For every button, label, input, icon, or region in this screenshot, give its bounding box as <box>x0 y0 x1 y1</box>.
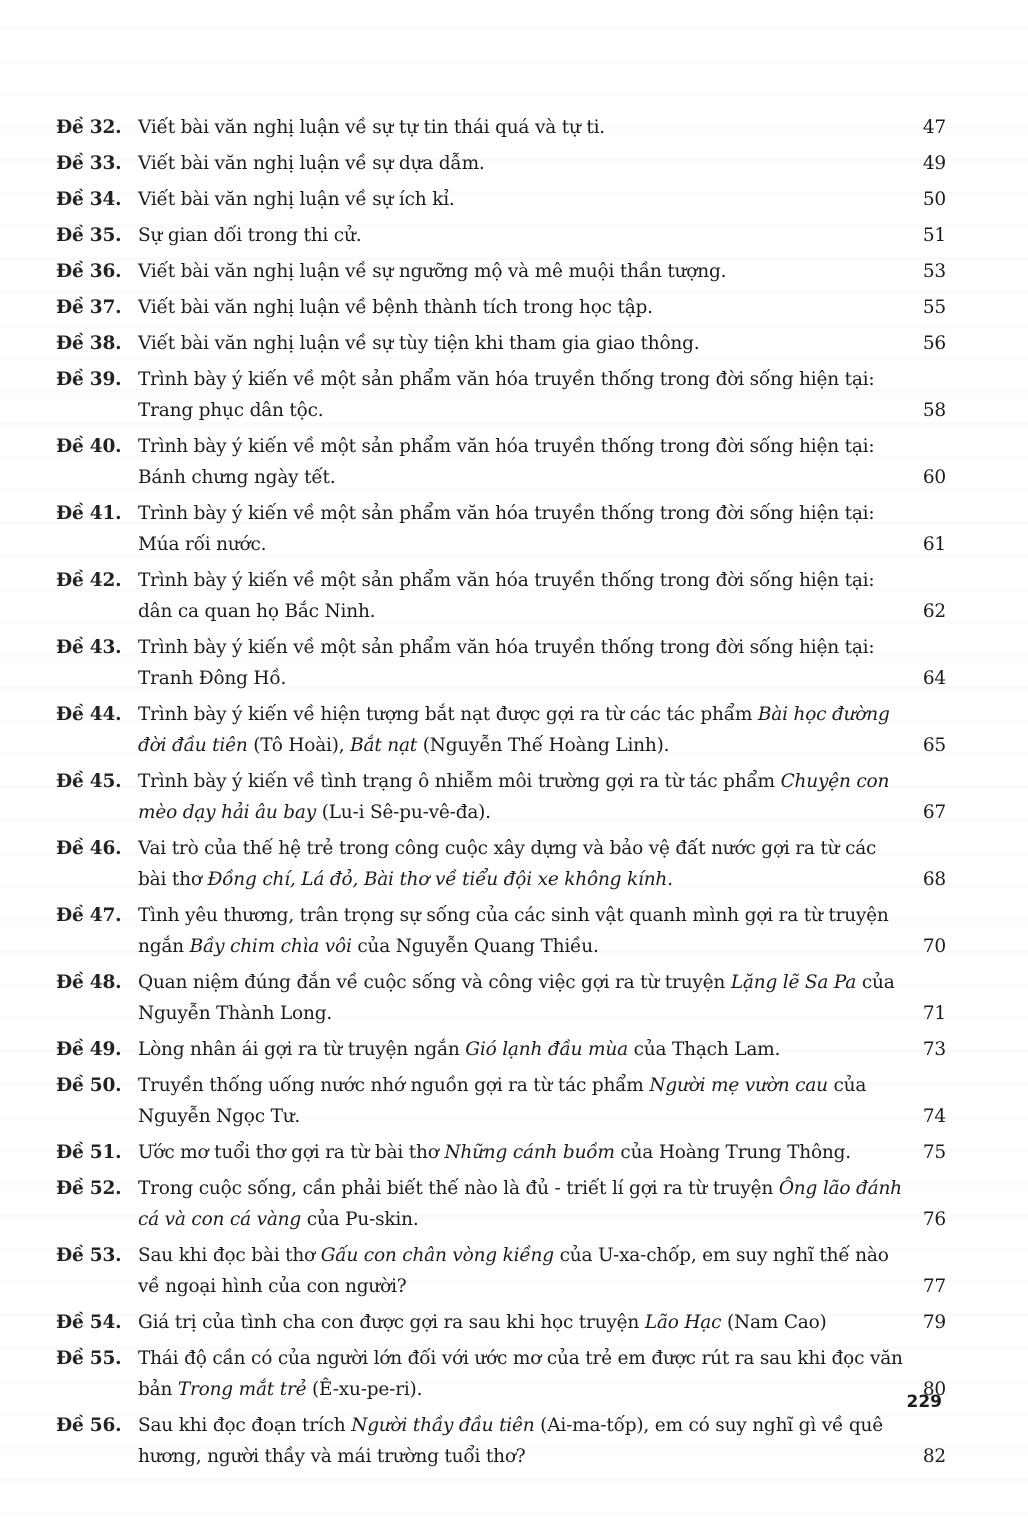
entry-number: Đề 47. <box>56 900 138 931</box>
entry-number: Đề 56. <box>56 1410 138 1441</box>
toc-entry: Đề 54.Giá trị của tình cha con được gợi … <box>56 1307 946 1338</box>
work-title-italic: Lão Hạc <box>645 1312 721 1333</box>
entry-title: Viết bài văn nghị luận về sự tự tin thái… <box>138 112 918 143</box>
entry-text: Trong cuộc sống, cần phải biết thế nào l… <box>138 1178 779 1199</box>
entry-page-number: 82 <box>918 1441 946 1472</box>
entry-title: Viết bài văn nghị luận về bệnh thành tíc… <box>138 292 918 323</box>
entry-number: Đề 50. <box>56 1070 138 1101</box>
entry-page-number: 53 <box>918 256 946 287</box>
toc-entry: Đề 38.Viết bài văn nghị luận về sự tùy t… <box>56 328 946 359</box>
entry-text: Trình bày ý kiến về tình trạng ô nhiễm m… <box>138 771 781 792</box>
work-title-italic: Người mẹ vườn cau <box>649 1075 827 1096</box>
entry-page-number: 58 <box>918 395 946 426</box>
work-title-italic: Gấu con chân vòng kiềng <box>321 1245 554 1266</box>
entry-number: Đề 34. <box>56 184 138 215</box>
entry-page-number: 50 <box>918 184 946 215</box>
entry-title: Trình bày ý kiến về một sản phẩm văn hóa… <box>138 498 918 560</box>
entry-page-number: 71 <box>918 998 946 1029</box>
entry-title: Sau khi đọc bài thơ Gấu con chân vòng ki… <box>138 1240 918 1302</box>
work-title-italic: Bầy chim chìa vôi <box>190 936 352 957</box>
entry-number: Đề 40. <box>56 431 138 462</box>
toc-entry: Đề 47.Tình yêu thương, trân trọng sự sốn… <box>56 900 946 962</box>
entry-text: (Lu-i Sê-pu-vê-đa). <box>316 802 491 823</box>
toc-entry: Đề 36.Viết bài văn nghị luận về sự ngưỡn… <box>56 256 946 287</box>
toc-entry: Đề 41.Trình bày ý kiến về một sản phẩm v… <box>56 498 946 560</box>
work-title-italic: Gió lạnh đầu mùa <box>465 1039 628 1060</box>
entry-title: Sau khi đọc đoạn trích Người thầy đầu ti… <box>138 1410 918 1472</box>
entry-number: Đề 32. <box>56 112 138 143</box>
entry-page-number: 76 <box>918 1204 946 1235</box>
entry-page-number: 79 <box>918 1307 946 1338</box>
entry-text: Trình bày ý kiến về một sản phẩm văn hóa… <box>138 436 874 488</box>
entry-page-number: 55 <box>918 292 946 323</box>
entry-title: Giá trị của tình cha con được gợi ra sau… <box>138 1307 918 1338</box>
entry-number: Đề 43. <box>56 632 138 663</box>
entry-number: Đề 48. <box>56 967 138 998</box>
entry-number: Đề 33. <box>56 148 138 179</box>
toc-entry: Đề 48.Quan niệm đúng đắn về cuộc sống và… <box>56 967 946 1029</box>
entry-page-number: 64 <box>918 663 946 694</box>
work-title-italic: Trong mắt trẻ <box>178 1379 306 1400</box>
toc-entry: Đề 53.Sau khi đọc bài thơ Gấu con chân v… <box>56 1240 946 1302</box>
entry-page-number: 73 <box>918 1034 946 1065</box>
entry-page-number: 65 <box>918 730 946 761</box>
entry-number: Đề 44. <box>56 699 138 730</box>
entry-number: Đề 51. <box>56 1137 138 1168</box>
toc-entry: Đề 42.Trình bày ý kiến về một sản phẩm v… <box>56 565 946 627</box>
toc-entry: Đề 51.Ước mơ tuổi thơ gợi ra từ bài thơ … <box>56 1137 946 1168</box>
entry-title: Trình bày ý kiến về tình trạng ô nhiễm m… <box>138 766 918 828</box>
entry-text: Viết bài văn nghị luận về sự ích kỉ. <box>138 189 455 210</box>
work-title-italic: Bắt nạt <box>350 735 417 756</box>
entry-text: Ước mơ tuổi thơ gợi ra từ bài thơ <box>138 1142 444 1163</box>
entry-page-number: 70 <box>918 931 946 962</box>
entry-text: Lòng nhân ái gợi ra từ truyện ngắn <box>138 1039 465 1060</box>
work-title-italic: Đồng chí, Lá đỏ, Bài thơ về tiểu đội xe … <box>207 869 667 890</box>
entry-text: Quan niệm đúng đắn về cuộc sống và công … <box>138 972 731 993</box>
toc-entry: Đề 39.Trình bày ý kiến về một sản phẩm v… <box>56 364 946 426</box>
entry-page-number: 56 <box>918 328 946 359</box>
toc-entry: Đề 33.Viết bài văn nghị luận về sự dựa d… <box>56 148 946 179</box>
entry-text: Viết bài văn nghị luận về bệnh thành tíc… <box>138 297 653 318</box>
entry-title: Viết bài văn nghị luận về sự ích kỉ. <box>138 184 918 215</box>
entry-title: Tình yêu thương, trân trọng sự sống của … <box>138 900 918 962</box>
entry-text: của Hoàng Trung Thông. <box>615 1142 851 1163</box>
entry-text: Truyền thống uống nước nhớ nguồn gợi ra … <box>138 1075 649 1096</box>
entry-page-number: 77 <box>918 1271 946 1302</box>
entry-title: Viết bài văn nghị luận về sự tùy tiện kh… <box>138 328 918 359</box>
toc-entry: Đề 55.Thái độ cần có của người lớn đối v… <box>56 1343 946 1405</box>
entry-text: . <box>667 869 673 890</box>
entry-page-number: 68 <box>918 864 946 895</box>
toc-entry: Đề 34.Viết bài văn nghị luận về sự ích k… <box>56 184 946 215</box>
entry-number: Đề 54. <box>56 1307 138 1338</box>
entry-text: Trình bày ý kiến về một sản phẩm văn hóa… <box>138 503 874 555</box>
entry-page-number: 47 <box>918 112 946 143</box>
entry-text: Trình bày ý kiến về một sản phẩm văn hóa… <box>138 570 874 622</box>
entry-page-number: 60 <box>918 462 946 493</box>
entry-title: Viết bài văn nghị luận về sự dựa dẫm. <box>138 148 918 179</box>
table-of-contents: Đề 32.Viết bài văn nghị luận về sự tự ti… <box>56 112 946 1477</box>
entry-number: Đề 36. <box>56 256 138 287</box>
entry-text: Viết bài văn nghị luận về sự dựa dẫm. <box>138 153 485 174</box>
entry-text: Trình bày ý kiến về một sản phẩm văn hóa… <box>138 637 874 689</box>
entry-page-number: 67 <box>918 797 946 828</box>
entry-number: Đề 55. <box>56 1343 138 1374</box>
work-title-italic: Lặng lẽ Sa Pa <box>731 972 856 993</box>
entry-page-number: 75 <box>918 1137 946 1168</box>
entry-title: Vai trò của thế hệ trẻ trong công cuộc x… <box>138 833 918 895</box>
toc-entry: Đề 50.Truyền thống uống nước nhớ nguồn g… <box>56 1070 946 1132</box>
toc-entry: Đề 52.Trong cuộc sống, cần phải biết thế… <box>56 1173 946 1235</box>
entry-page-number: 61 <box>918 529 946 560</box>
entry-text: Sự gian dối trong thi cử. <box>138 225 361 246</box>
entry-title: Thái độ cần có của người lớn đối với ước… <box>138 1343 918 1405</box>
work-title-italic: Những cánh buồm <box>444 1142 614 1163</box>
entry-title: Trong cuộc sống, cần phải biết thế nào l… <box>138 1173 918 1235</box>
entry-text: Viết bài văn nghị luận về sự tùy tiện kh… <box>138 333 699 354</box>
entry-number: Đề 46. <box>56 833 138 864</box>
toc-entry: Đề 43.Trình bày ý kiến về một sản phẩm v… <box>56 632 946 694</box>
work-title-italic: Người thầy đầu tiên <box>351 1415 534 1436</box>
entry-text: Sau khi đọc đoạn trích <box>138 1415 351 1436</box>
entry-text: của Thạch Lam. <box>628 1039 780 1060</box>
toc-entry: Đề 32.Viết bài văn nghị luận về sự tự ti… <box>56 112 946 143</box>
entry-text: (Nguyễn Thế Hoàng Linh). <box>417 735 669 756</box>
entry-text: (Tô Hoài), <box>248 735 351 756</box>
toc-entry: Đề 45.Trình bày ý kiến về tình trạng ô n… <box>56 766 946 828</box>
entry-number: Đề 49. <box>56 1034 138 1065</box>
toc-entry: Đề 44.Trình bày ý kiến về hiện tượng bắt… <box>56 699 946 761</box>
toc-entry: Đề 49.Lòng nhân ái gợi ra từ truyện ngắn… <box>56 1034 946 1065</box>
entry-title: Trình bày ý kiến về một sản phẩm văn hóa… <box>138 632 918 694</box>
entry-number: Đề 52. <box>56 1173 138 1204</box>
entry-title: Trình bày ý kiến về một sản phẩm văn hóa… <box>138 431 918 493</box>
entry-page-number: 62 <box>918 596 946 627</box>
entry-title: Trình bày ý kiến về một sản phẩm văn hóa… <box>138 565 918 627</box>
entry-text: (Nam Cao) <box>721 1312 826 1333</box>
entry-number: Đề 35. <box>56 220 138 251</box>
entry-text: Trình bày ý kiến về một sản phẩm văn hóa… <box>138 369 874 421</box>
entry-number: Đề 42. <box>56 565 138 596</box>
entry-page-number: 51 <box>918 220 946 251</box>
entry-title: Viết bài văn nghị luận về sự ngưỡng mộ v… <box>138 256 918 287</box>
toc-entry: Đề 35.Sự gian dối trong thi cử.51 <box>56 220 946 251</box>
entry-text: Viết bài văn nghị luận về sự ngưỡng mộ v… <box>138 261 726 282</box>
entry-text: (Ê-xu-pe-ri). <box>306 1379 422 1400</box>
entry-title: Trình bày ý kiến về hiện tượng bắt nạt đ… <box>138 699 918 761</box>
entry-text: của Pu-skin. <box>301 1209 419 1230</box>
entry-page-number: 49 <box>918 148 946 179</box>
toc-entry: Đề 40.Trình bày ý kiến về một sản phẩm v… <box>56 431 946 493</box>
entry-text: của Nguyễn Quang Thiều. <box>352 936 599 957</box>
entry-number: Đề 45. <box>56 766 138 797</box>
entry-title: Truyền thống uống nước nhớ nguồn gợi ra … <box>138 1070 918 1132</box>
entry-title: Trình bày ý kiến về một sản phẩm văn hóa… <box>138 364 918 426</box>
entry-text: Sau khi đọc bài thơ <box>138 1245 321 1266</box>
entry-page-number: 74 <box>918 1101 946 1132</box>
page-number: 229 <box>907 1392 943 1412</box>
entry-text: Giá trị của tình cha con được gợi ra sau… <box>138 1312 645 1333</box>
entry-number: Đề 53. <box>56 1240 138 1271</box>
toc-entry: Đề 46.Vai trò của thế hệ trẻ trong công … <box>56 833 946 895</box>
entry-number: Đề 39. <box>56 364 138 395</box>
entry-number: Đề 41. <box>56 498 138 529</box>
entry-title: Sự gian dối trong thi cử. <box>138 220 918 251</box>
entry-text: Viết bài văn nghị luận về sự tự tin thái… <box>138 117 605 138</box>
toc-entry: Đề 37.Viết bài văn nghị luận về bệnh thà… <box>56 292 946 323</box>
entry-text: Trình bày ý kiến về hiện tượng bắt nạt đ… <box>138 704 758 725</box>
toc-entry: Đề 56.Sau khi đọc đoạn trích Người thầy … <box>56 1410 946 1472</box>
entry-number: Đề 38. <box>56 328 138 359</box>
entry-number: Đề 37. <box>56 292 138 323</box>
entry-title: Quan niệm đúng đắn về cuộc sống và công … <box>138 967 918 1029</box>
entry-title: Ước mơ tuổi thơ gợi ra từ bài thơ Những … <box>138 1137 918 1168</box>
entry-title: Lòng nhân ái gợi ra từ truyện ngắn Gió l… <box>138 1034 918 1065</box>
